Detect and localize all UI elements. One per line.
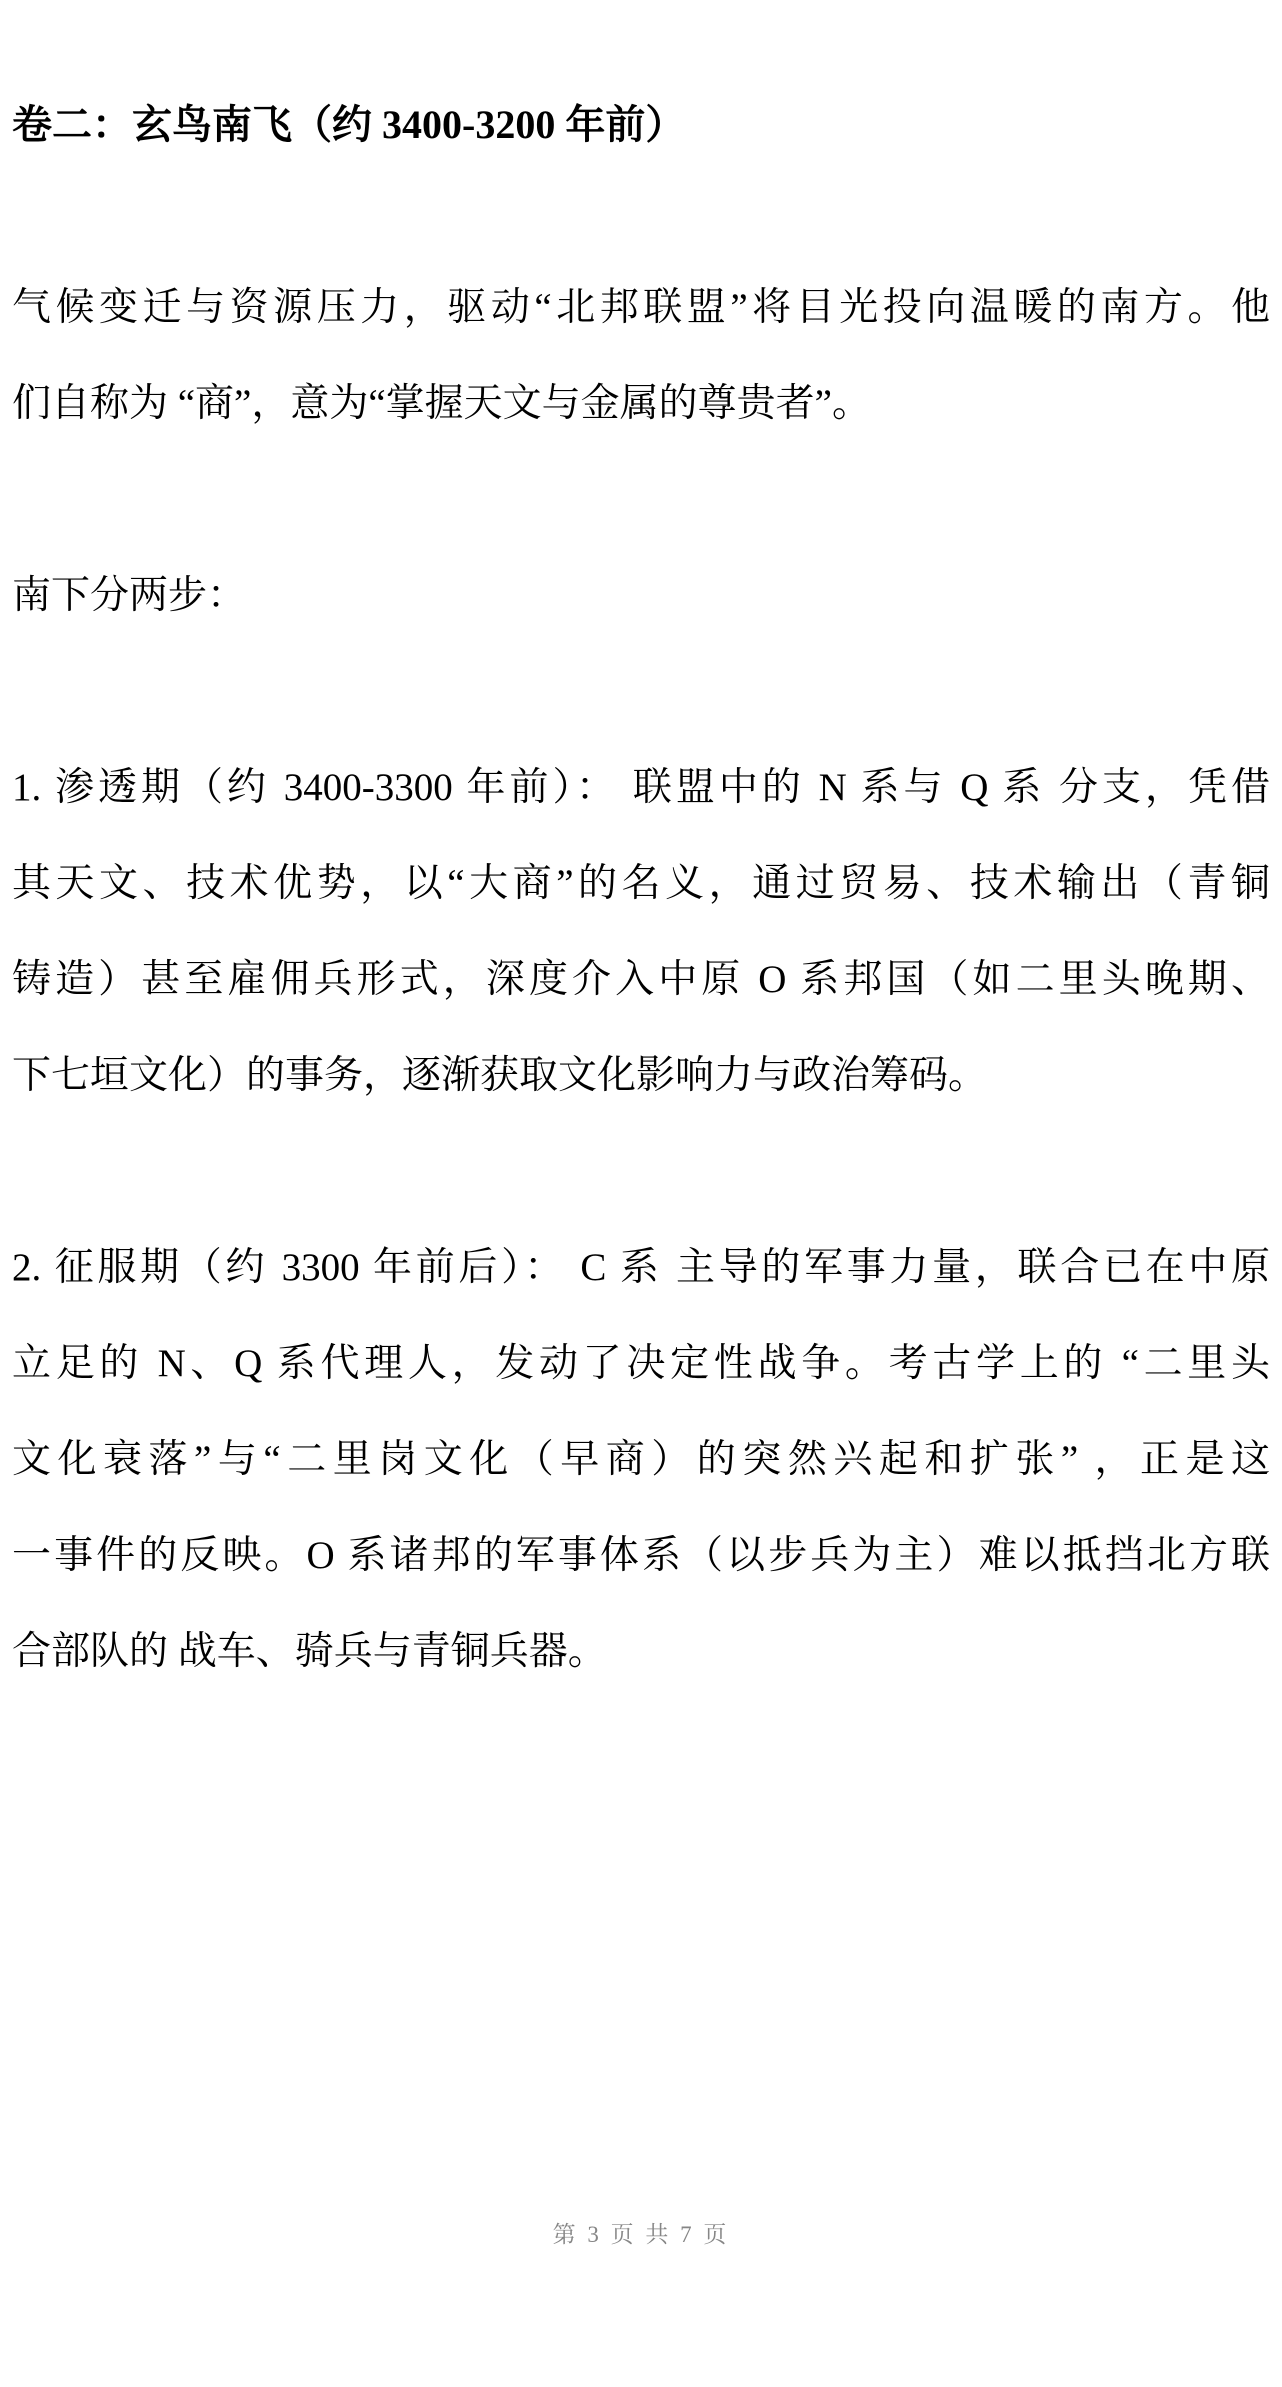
paragraph-line: 气候变迁与资源压力，驱动“北邦联盟”将目光投向温暖的南方。他 bbox=[12, 260, 1270, 356]
paragraph-line: 文化衰落”与“二里岗文化（早商）的突然兴起和扩张” ，正是这 bbox=[12, 1412, 1270, 1508]
page-number-footer: 第 3 页 共 7 页 bbox=[0, 2216, 1282, 2249]
paragraph-two-steps-heading: 南下分两步： bbox=[12, 548, 1270, 644]
paragraph-list-item-2: 2. 征服期（约 3300 年前后）： C 系 主导的军事力量，联合已在中原 立… bbox=[12, 1220, 1270, 1700]
paragraph-line: 立足的 N、Q 系代理人，发动了决定性战争。考古学上的 “二里头 bbox=[12, 1316, 1270, 1412]
paragraph-line: 铸造）甚至雇佣兵形式，深度介入中原 O 系邦国（如二里头晚期、 bbox=[12, 932, 1270, 1028]
paragraph-line: 合部队的 战车、骑兵与青铜兵器。 bbox=[12, 1604, 1270, 1700]
paragraph-line: 南下分两步： bbox=[12, 548, 1270, 644]
paragraph-intro: 气候变迁与资源压力，驱动“北邦联盟”将目光投向温暖的南方。他 们自称为 “商”，… bbox=[12, 260, 1270, 452]
paragraph-line: 2. 征服期（约 3300 年前后）： C 系 主导的军事力量，联合已在中原 bbox=[12, 1220, 1270, 1316]
document-title: 卷二：玄鸟南飞（约 3400-3200 年前） bbox=[12, 77, 1270, 173]
paragraph-line: 下七垣文化）的事务，逐渐获取文化影响力与政治筹码。 bbox=[12, 1028, 1270, 1124]
paragraph-line: 一事件的反映。O 系诸邦的军事体系（以步兵为主）难以抵挡北方联 bbox=[12, 1508, 1270, 1604]
paragraph-line: 1. 渗透期（约 3400-3300 年前）： 联盟中的 N 系与 Q 系 分支… bbox=[12, 740, 1270, 836]
document-page: 卷二：玄鸟南飞（约 3400-3200 年前） 气候变迁与资源压力，驱动“北邦联… bbox=[0, 0, 1282, 2387]
paragraph-line: 们自称为 “商”，意为“掌握天文与金属的尊贵者”。 bbox=[12, 356, 1270, 452]
paragraph-list-item-1: 1. 渗透期（约 3400-3300 年前）： 联盟中的 N 系与 Q 系 分支… bbox=[12, 740, 1270, 1124]
paragraph-line: 其天文、技术优势，以“大商”的名义，通过贸易、技术输出（青铜 bbox=[12, 836, 1270, 932]
